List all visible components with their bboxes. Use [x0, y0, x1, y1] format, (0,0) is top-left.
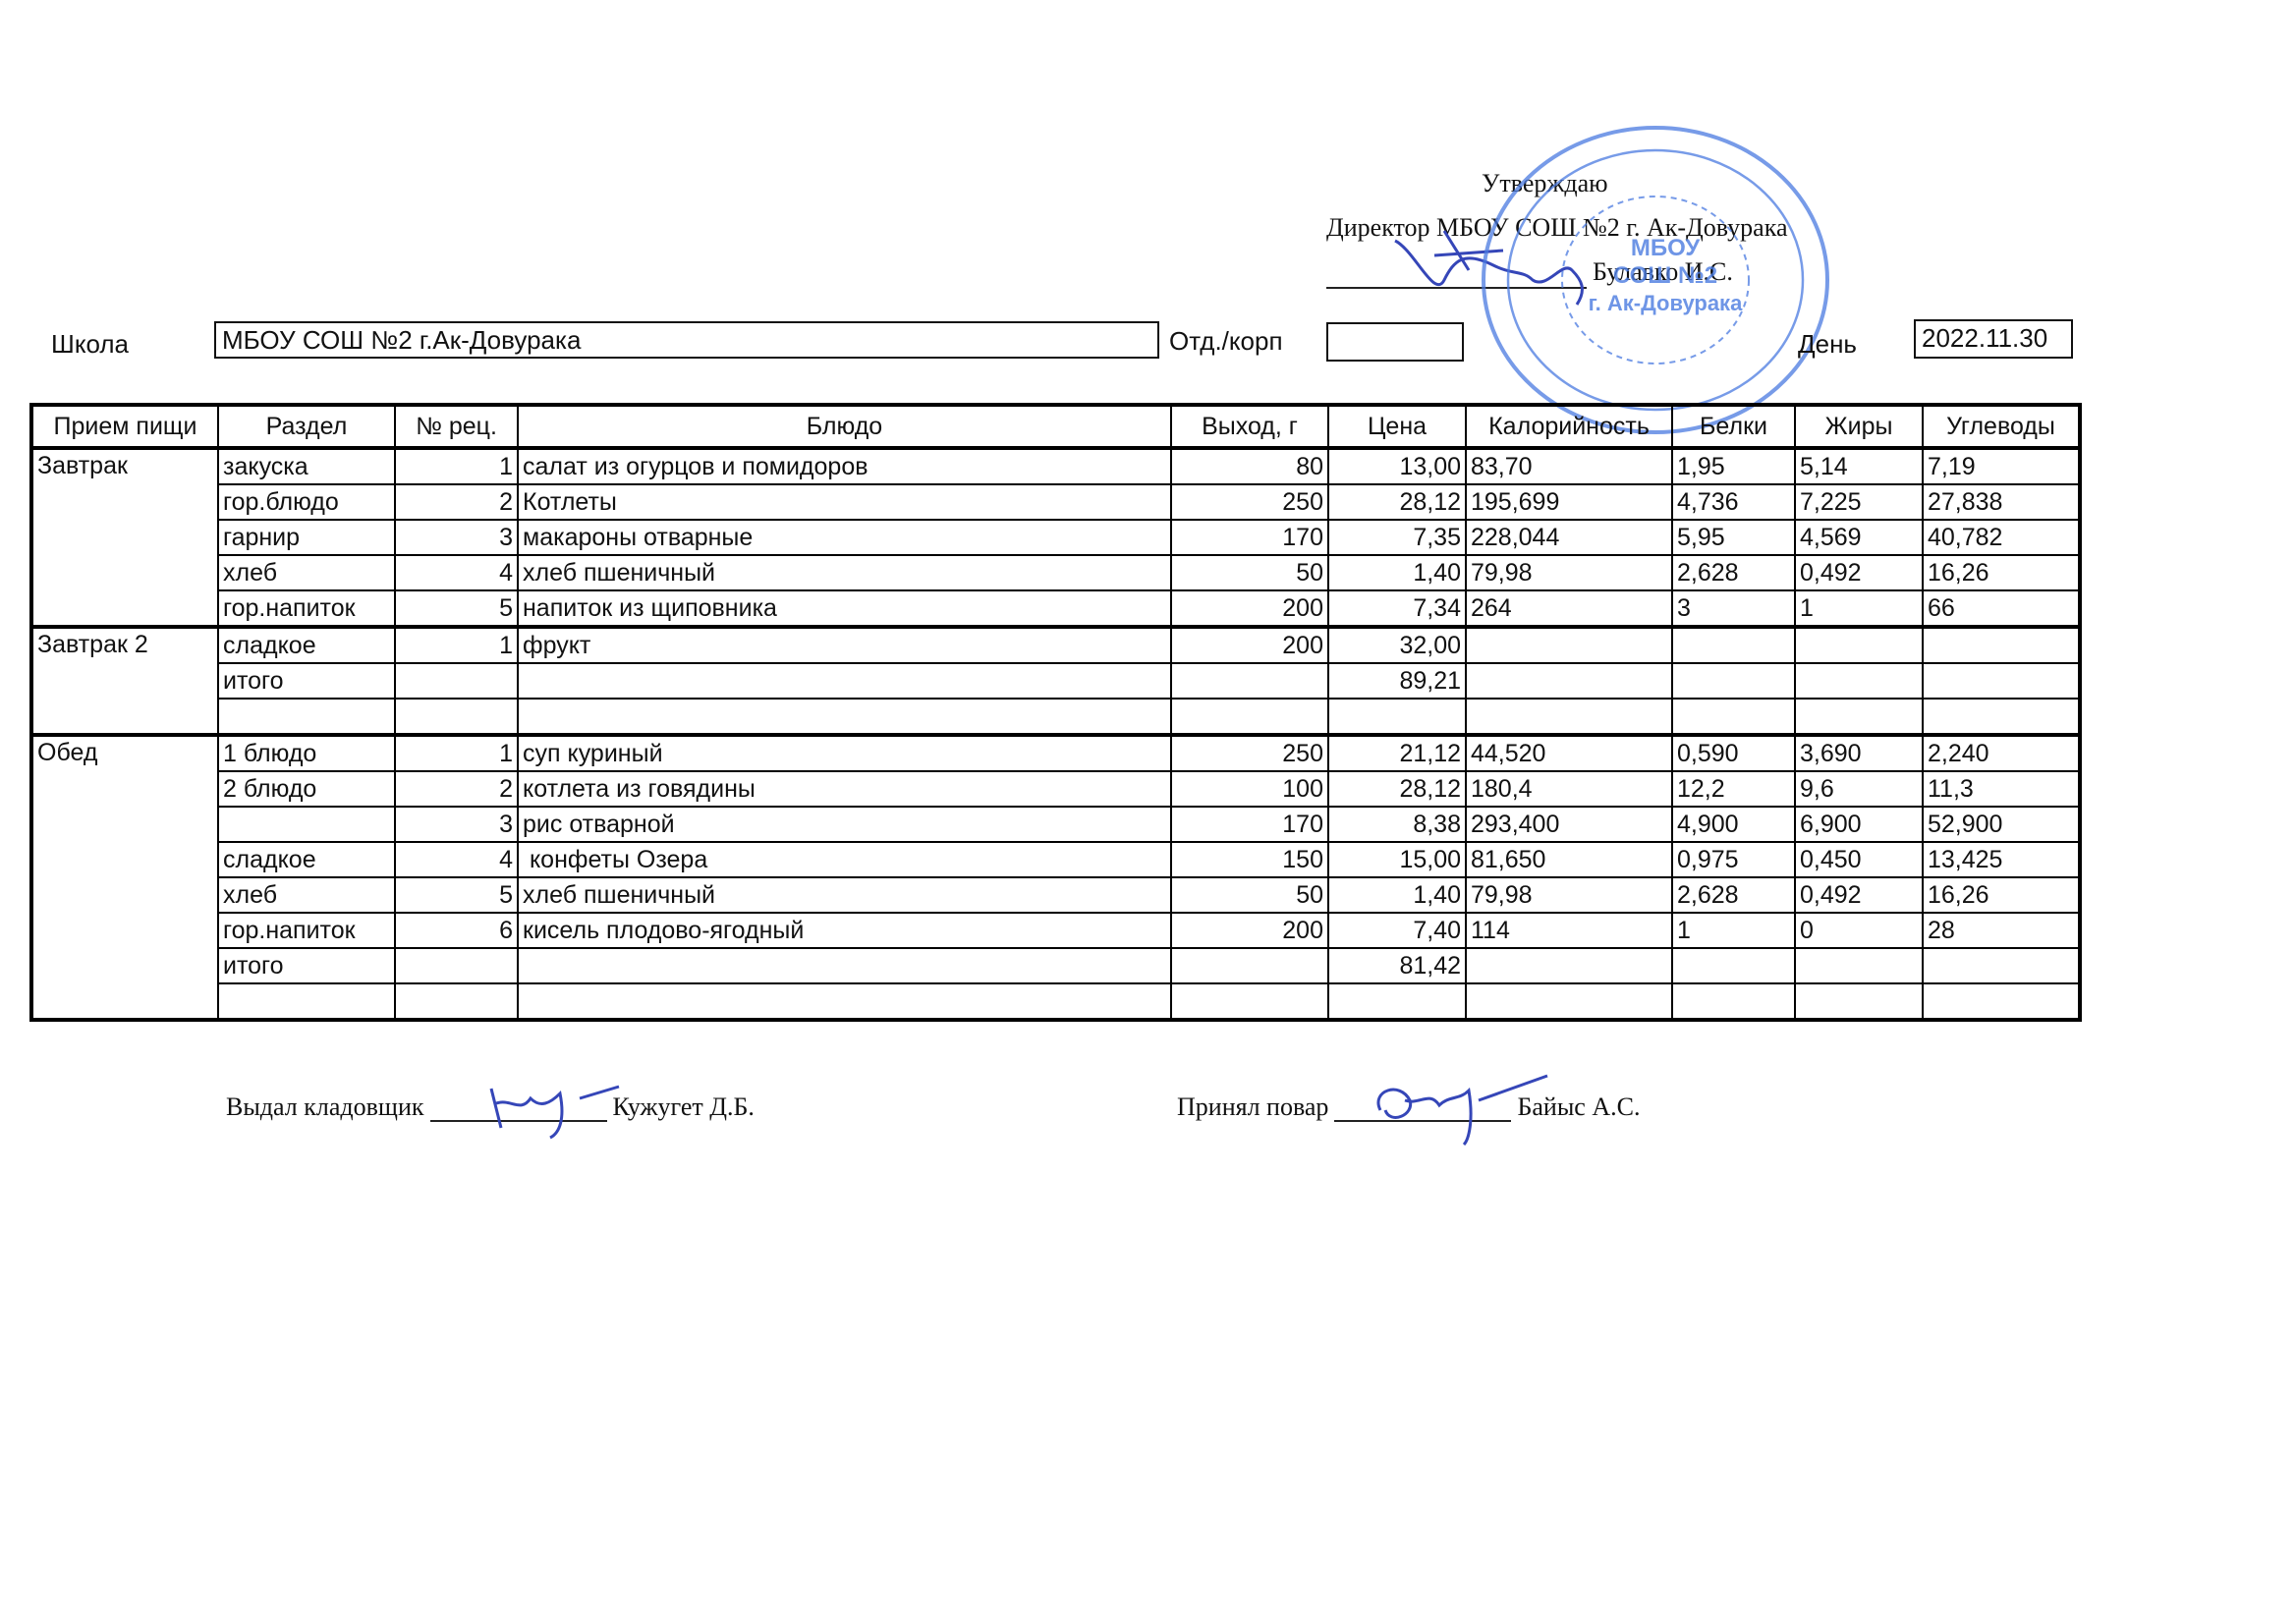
price-cell: 1,40 — [1328, 877, 1466, 913]
stamp-text-3: г. Ак-Довурака — [1589, 291, 1743, 315]
kcal-cell: 114 — [1466, 913, 1672, 948]
section-cell: гор.напиток — [218, 913, 395, 948]
table-row: Завтрак 2сладкое1фрукт20032,00 — [31, 627, 2080, 663]
section-cell: 2 блюдо — [218, 771, 395, 807]
protein-cell: 0,590 — [1672, 735, 1795, 771]
meal-cell: Завтрак — [31, 448, 218, 627]
section-cell: гор.напиток — [218, 590, 395, 627]
protein-cell: 2,628 — [1672, 877, 1795, 913]
section-cell — [218, 699, 395, 735]
price-cell: 21,12 — [1328, 735, 1466, 771]
yield-cell: 80 — [1171, 448, 1328, 484]
yield-cell — [1171, 699, 1328, 735]
issued-label: Выдал кладовщик — [226, 1092, 424, 1121]
price-cell — [1328, 983, 1466, 1020]
protein-cell: 5,95 — [1672, 520, 1795, 555]
protein-cell: 12,2 — [1672, 771, 1795, 807]
fat-cell: 0,450 — [1795, 842, 1923, 877]
table-row: гарнир3макароны отварные1707,35228,0445,… — [31, 520, 2080, 555]
carbs-cell: 13,425 — [1923, 842, 2080, 877]
carbs-cell: 27,838 — [1923, 484, 2080, 520]
carbs-cell: 16,26 — [1923, 877, 2080, 913]
column-header: Выход, г — [1171, 405, 1328, 448]
column-header: Раздел — [218, 405, 395, 448]
price-cell: 1,40 — [1328, 555, 1466, 590]
carbs-cell: 16,26 — [1923, 555, 2080, 590]
yield-cell: 170 — [1171, 520, 1328, 555]
protein-cell — [1672, 948, 1795, 983]
protein-cell: 1,95 — [1672, 448, 1795, 484]
protein-cell — [1672, 663, 1795, 699]
fat-cell: 0 — [1795, 913, 1923, 948]
kcal-cell: 180,4 — [1466, 771, 1672, 807]
yield-cell: 250 — [1171, 484, 1328, 520]
dish-cell: хлеб пшеничный — [518, 555, 1171, 590]
fat-cell — [1795, 627, 1923, 663]
fat-cell: 9,6 — [1795, 771, 1923, 807]
storekeeper-signature-icon — [481, 1079, 629, 1148]
carbs-cell — [1923, 948, 2080, 983]
price-cell: 8,38 — [1328, 807, 1466, 842]
section-cell: гарнир — [218, 520, 395, 555]
column-header: № рец. — [395, 405, 518, 448]
section-cell: хлеб — [218, 555, 395, 590]
table-row: Завтракзакуска1салат из огурцов и помидо… — [31, 448, 2080, 484]
price-cell: 28,12 — [1328, 484, 1466, 520]
section-cell — [218, 983, 395, 1020]
table-row: хлеб4хлеб пшеничный501,4079,982,6280,492… — [31, 555, 2080, 590]
yield-cell — [1171, 948, 1328, 983]
price-cell: 7,40 — [1328, 913, 1466, 948]
stamp-text-1: МБОУ — [1631, 235, 1701, 261]
column-header: Цена — [1328, 405, 1466, 448]
section-cell: хлеб — [218, 877, 395, 913]
carbs-cell — [1923, 663, 2080, 699]
rec-cell: 5 — [395, 590, 518, 627]
protein-cell: 4,736 — [1672, 484, 1795, 520]
yield-cell: 200 — [1171, 913, 1328, 948]
table-row: гор.напиток5напиток из щиповника2007,342… — [31, 590, 2080, 627]
day-label: День — [1798, 329, 1857, 360]
column-header: Белки — [1672, 405, 1795, 448]
fat-cell — [1795, 663, 1923, 699]
rec-cell: 4 — [395, 842, 518, 877]
yield-cell — [1171, 663, 1328, 699]
carbs-cell — [1923, 983, 2080, 1020]
rec-cell — [395, 699, 518, 735]
school-label: Школа — [51, 329, 129, 360]
dish-cell — [518, 948, 1171, 983]
price-cell: 89,21 — [1328, 663, 1466, 699]
yield-cell: 170 — [1171, 807, 1328, 842]
carbs-cell: 66 — [1923, 590, 2080, 627]
dish-cell: хлеб пшеничный — [518, 877, 1171, 913]
carbs-cell: 40,782 — [1923, 520, 2080, 555]
dish-cell: рис отварной — [518, 807, 1171, 842]
cook-signature-icon — [1361, 1071, 1557, 1149]
rec-cell: 2 — [395, 771, 518, 807]
yield-cell: 250 — [1171, 735, 1328, 771]
kcal-cell — [1466, 983, 1672, 1020]
yield-cell: 150 — [1171, 842, 1328, 877]
section-cell: итого — [218, 663, 395, 699]
table-header-row: Прием пищиРаздел№ рец.БлюдоВыход, гЦенаК… — [31, 405, 2080, 448]
dish-cell: суп куриный — [518, 735, 1171, 771]
issued-name: Кужугет Д.Б. — [613, 1092, 755, 1121]
protein-cell: 2,628 — [1672, 555, 1795, 590]
table-row: Обед1 блюдо1суп куриный25021,1244,5200,5… — [31, 735, 2080, 771]
section-cell: итого — [218, 948, 395, 983]
fat-cell — [1795, 948, 1923, 983]
rec-cell: 3 — [395, 520, 518, 555]
stamp-text-2: СОШ №2 — [1613, 262, 1717, 289]
rec-cell: 4 — [395, 555, 518, 590]
fat-cell: 6,900 — [1795, 807, 1923, 842]
price-cell: 32,00 — [1328, 627, 1466, 663]
rec-cell — [395, 663, 518, 699]
price-cell: 13,00 — [1328, 448, 1466, 484]
meal-cell: Обед — [31, 735, 218, 1020]
price-cell: 28,12 — [1328, 771, 1466, 807]
dish-cell: фрукт — [518, 627, 1171, 663]
price-cell — [1328, 699, 1466, 735]
day-field[interactable]: 2022.11.30 — [1914, 319, 2073, 359]
yield-cell: 200 — [1171, 627, 1328, 663]
dish-cell — [518, 663, 1171, 699]
dish-cell: котлета из говядины — [518, 771, 1171, 807]
menu-table: Прием пищиРаздел№ рец.БлюдоВыход, гЦенаК… — [29, 403, 2082, 1022]
section-cell: закуска — [218, 448, 395, 484]
column-header: Прием пищи — [31, 405, 218, 448]
fat-cell: 5,14 — [1795, 448, 1923, 484]
kcal-cell: 195,699 — [1466, 484, 1672, 520]
table-row: 3рис отварной1708,38293,4004,9006,90052,… — [31, 807, 2080, 842]
fat-cell: 0,492 — [1795, 877, 1923, 913]
dish-cell: кисель плодово-ягодный — [518, 913, 1171, 948]
kcal-cell — [1466, 699, 1672, 735]
dish-cell: салат из огурцов и помидоров — [518, 448, 1171, 484]
kcal-cell: 81,650 — [1466, 842, 1672, 877]
dept-label: Отд./корп — [1169, 326, 1283, 357]
kcal-cell: 79,98 — [1466, 877, 1672, 913]
kcal-cell: 44,520 — [1466, 735, 1672, 771]
fat-cell: 3,690 — [1795, 735, 1923, 771]
table-row — [31, 983, 2080, 1020]
table-row: итого89,21 — [31, 663, 2080, 699]
carbs-cell: 2,240 — [1923, 735, 2080, 771]
yield-cell: 100 — [1171, 771, 1328, 807]
kcal-cell: 293,400 — [1466, 807, 1672, 842]
column-header: Калорийность — [1466, 405, 1672, 448]
dish-cell: напиток из щиповника — [518, 590, 1171, 627]
section-cell: 1 блюдо — [218, 735, 395, 771]
column-header: Жиры — [1795, 405, 1923, 448]
dish-cell: Котлеты — [518, 484, 1171, 520]
school-stamp-icon: МБОУ СОШ №2 г. Ак-Довурака — [1474, 118, 1837, 442]
carbs-cell: 28 — [1923, 913, 2080, 948]
rec-cell: 1 — [395, 735, 518, 771]
kcal-cell — [1466, 948, 1672, 983]
kcal-cell — [1466, 663, 1672, 699]
section-cell: сладкое — [218, 627, 395, 663]
fat-cell: 4,569 — [1795, 520, 1923, 555]
carbs-cell — [1923, 699, 2080, 735]
rec-cell: 3 — [395, 807, 518, 842]
kcal-cell: 79,98 — [1466, 555, 1672, 590]
yield-cell: 200 — [1171, 590, 1328, 627]
table-row: гор.блюдо2Котлеты25028,12195,6994,7367,2… — [31, 484, 2080, 520]
kcal-cell — [1466, 627, 1672, 663]
kcal-cell: 228,044 — [1466, 520, 1672, 555]
dish-cell — [518, 983, 1171, 1020]
kcal-cell: 264 — [1466, 590, 1672, 627]
school-field[interactable]: МБОУ СОШ №2 г.Ак-Довурака — [214, 321, 1159, 359]
rec-cell: 5 — [395, 877, 518, 913]
table-row: сладкое4 конфеты Озера15015,0081,6500,97… — [31, 842, 2080, 877]
table-row — [31, 699, 2080, 735]
yield-cell: 50 — [1171, 555, 1328, 590]
dish-cell: макароны отварные — [518, 520, 1171, 555]
carbs-cell: 7,19 — [1923, 448, 2080, 484]
price-cell: 7,35 — [1328, 520, 1466, 555]
protein-cell: 0,975 — [1672, 842, 1795, 877]
dish-cell — [518, 699, 1171, 735]
protein-cell: 3 — [1672, 590, 1795, 627]
fat-cell — [1795, 699, 1923, 735]
carbs-cell: 11,3 — [1923, 771, 2080, 807]
table-row: хлеб5хлеб пшеничный501,4079,982,6280,492… — [31, 877, 2080, 913]
protein-cell: 1 — [1672, 913, 1795, 948]
protein-cell: 4,900 — [1672, 807, 1795, 842]
table-row: итого81,42 — [31, 948, 2080, 983]
carbs-cell: 52,900 — [1923, 807, 2080, 842]
meal-cell: Завтрак 2 — [31, 627, 218, 735]
rec-cell: 1 — [395, 448, 518, 484]
price-cell: 7,34 — [1328, 590, 1466, 627]
received-label: Принял повар — [1177, 1092, 1328, 1121]
price-cell: 15,00 — [1328, 842, 1466, 877]
protein-cell — [1672, 699, 1795, 735]
table-row: 2 блюдо2котлета из говядины10028,12180,4… — [31, 771, 2080, 807]
protein-cell — [1672, 627, 1795, 663]
rec-cell: 6 — [395, 913, 518, 948]
rec-cell: 2 — [395, 484, 518, 520]
fat-cell: 7,225 — [1795, 484, 1923, 520]
carbs-cell — [1923, 627, 2080, 663]
price-cell: 81,42 — [1328, 948, 1466, 983]
section-cell: гор.блюдо — [218, 484, 395, 520]
yield-cell: 50 — [1171, 877, 1328, 913]
column-header: Блюдо — [518, 405, 1171, 448]
rec-cell — [395, 948, 518, 983]
fat-cell: 1 — [1795, 590, 1923, 627]
rec-cell: 1 — [395, 627, 518, 663]
section-cell: сладкое — [218, 842, 395, 877]
yield-cell — [1171, 983, 1328, 1020]
dept-field[interactable] — [1326, 322, 1464, 362]
column-header: Углеводы — [1923, 405, 2080, 448]
fat-cell — [1795, 983, 1923, 1020]
fat-cell: 0,492 — [1795, 555, 1923, 590]
protein-cell — [1672, 983, 1795, 1020]
table-row: гор.напиток6кисель плодово-ягодный2007,4… — [31, 913, 2080, 948]
section-cell — [218, 807, 395, 842]
rec-cell — [395, 983, 518, 1020]
dish-cell: конфеты Озера — [518, 842, 1171, 877]
kcal-cell: 83,70 — [1466, 448, 1672, 484]
